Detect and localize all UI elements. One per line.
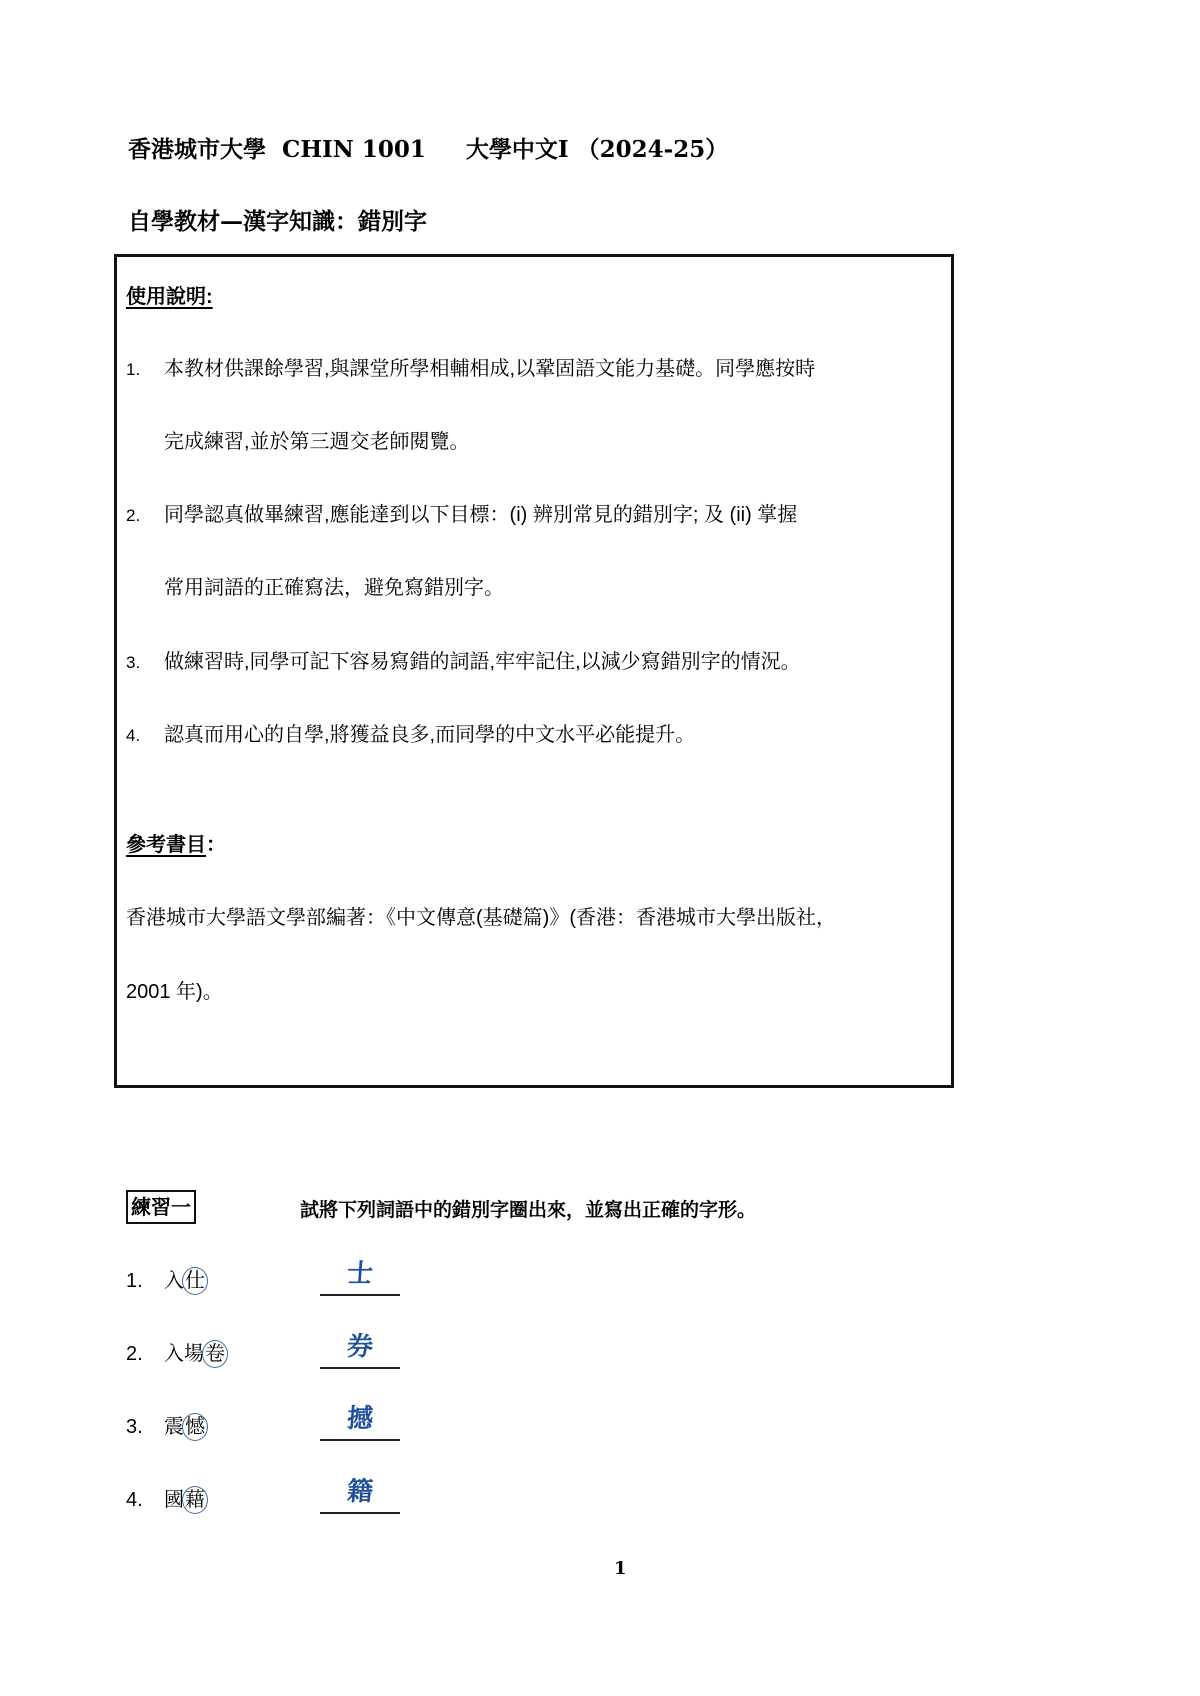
item-number: 4.: [126, 1489, 164, 1512]
answer-field-1[interactable]: 士: [320, 1258, 400, 1296]
item-text: 認真而用心的自學,將獲益良多,而同學的中文水平必能提升。: [164, 724, 695, 746]
references-colon: ：: [206, 834, 226, 856]
handwritten-answer: 籍: [346, 1476, 374, 1508]
answer-field-2[interactable]: 券: [320, 1331, 400, 1369]
usage-item-3: 3.做練習時,同學可記下容易寫錯的詞語,牢牢記住,以減少寫錯別字的情況。: [126, 645, 801, 674]
item-number: 4.: [126, 726, 164, 746]
reference-entry-line-1: 香港城市大學語文學部編著：《中文傳意(基礎篇)》(香港：香港城市大學出版社，: [126, 901, 836, 930]
exercise-instruction: 試將下列詞語中的錯別字圈出來，並寫出正確的字形。: [300, 1195, 756, 1222]
reference-entry-line-2: 2001 年)。: [126, 975, 223, 1004]
word-prefix: 入場: [164, 1343, 204, 1365]
item-text: 同學認真做畢練習,應能達到以下目標：(i) 辨別常見的錯別字; 及 (ii) 掌…: [164, 504, 797, 526]
usage-item-2: 2.同學認真做畢練習,應能達到以下目標：(i) 辨別常見的錯別字; 及 (ii)…: [126, 498, 797, 527]
document-subtitle: 自學教材—漢字知識：錯別字: [128, 203, 427, 236]
circled-wrong-character: 藉: [182, 1486, 208, 1514]
item-number: 3.: [126, 653, 164, 673]
circled-wrong-character: 卷: [202, 1340, 228, 1368]
circled-wrong-character: 憾: [182, 1413, 208, 1441]
item-text: 本教材供課餘學習,與課堂所學相輔相成,以鞏固語文能力基礎。同學應按時: [164, 358, 815, 380]
exercise-item-4: 4.國藉: [126, 1483, 208, 1514]
item-number: 2.: [126, 1343, 164, 1366]
exercise-item-1: 1.入仕: [126, 1264, 208, 1295]
usage-item-2-continued: 常用詞語的正確寫法，避免寫錯別字。: [164, 571, 504, 600]
item-number: 1.: [126, 360, 164, 380]
handwritten-answer: 士: [346, 1258, 374, 1290]
handwritten-answer: 券: [346, 1331, 374, 1363]
usage-item-1-continued: 完成練習,並於第三週交老師閱覽。: [164, 425, 470, 454]
answer-field-3[interactable]: 撼: [320, 1403, 400, 1441]
exercise-label: 練習一: [126, 1190, 196, 1224]
page-number: 1: [614, 1558, 627, 1579]
document-title: 香港城市大學 CHIN 1001 大學中文Ⅰ （2024-25）: [128, 131, 728, 164]
item-text: 做練習時,同學可記下容易寫錯的詞語,牢牢記住,以減少寫錯別字的情況。: [164, 651, 801, 673]
references-heading: 參考書目：: [126, 828, 226, 857]
usage-heading: 使用說明:: [126, 280, 213, 309]
word-prefix: 國: [164, 1489, 184, 1511]
item-number: 3.: [126, 1416, 164, 1439]
exercise-item-2: 2.入場卷: [126, 1337, 228, 1368]
references-heading-text: 參考書目: [126, 834, 206, 856]
word-prefix: 入: [164, 1270, 184, 1292]
exercise-item-3: 3.震憾: [126, 1410, 208, 1441]
item-number: 2.: [126, 506, 164, 526]
usage-item-4: 4.認真而用心的自學,將獲益良多,而同學的中文水平必能提升。: [126, 718, 695, 747]
usage-item-1: 1.本教材供課餘學習,與課堂所學相輔相成,以鞏固語文能力基礎。同學應按時: [126, 352, 815, 381]
item-number: 1.: [126, 1270, 164, 1293]
answer-field-4[interactable]: 籍: [320, 1476, 400, 1514]
circled-wrong-character: 仕: [182, 1267, 208, 1295]
handwritten-answer: 撼: [346, 1403, 374, 1435]
word-prefix: 震: [164, 1416, 184, 1438]
